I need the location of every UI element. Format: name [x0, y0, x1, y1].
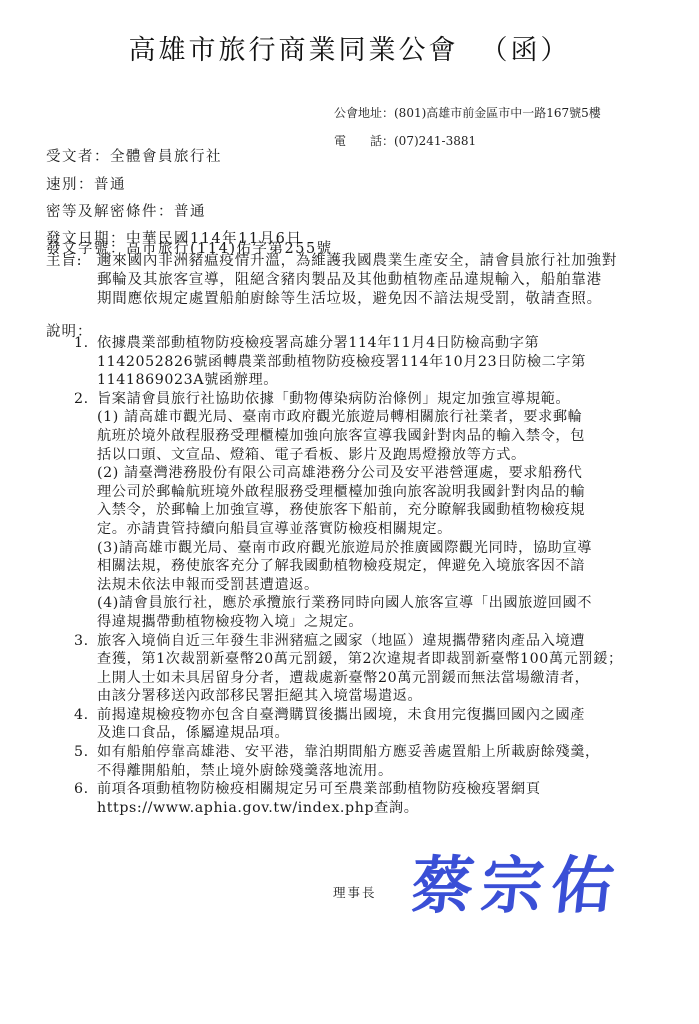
chairman-title: 理事長	[333, 883, 377, 901]
item-line: (3)請高雄市觀光局、臺南市政府觀光旅遊局於推廣國際觀光同時，協助宣導	[97, 539, 694, 558]
association-phone: 電 話：(07)241-3881	[334, 132, 476, 149]
subject-section: 主旨:邇來國內非洲豬瘟疫情升溫，為維護我國農業生產安全，請會員旅行社加強對 郵輪…	[46, 252, 617, 309]
explanation-item: 1. 依據農業部動植物防疫檢疫署高雄分署114年11月4日防檢高動字第 1142…	[74, 334, 694, 390]
item-number: 3.	[74, 632, 97, 706]
item-number: 6.	[74, 780, 97, 817]
item-line: 及進口食品，係屬違規品項。	[97, 724, 694, 743]
organization-name: 高雄市旅行商業同業公會	[129, 35, 459, 66]
item-line: 定。亦請貴管持續向船員宣導並落實防檢疫相關規定。	[97, 520, 694, 539]
item-line: 旨案請會員旅行社協助依據「動物傳染病防治條例」規定加強宣導規範。	[97, 390, 694, 409]
item-line: 不得離開船舶，禁止境外廚餘殘羹落地流用。	[97, 762, 694, 781]
explanation-item: 5. 如有船舶停靠高雄港、安平港，靠泊期間船方應妥善處置船上所載廚餘殘羹， 不得…	[74, 743, 694, 780]
document-type: （函）	[481, 35, 571, 66]
explanation-list: 1. 依據農業部動植物防疫檢疫署高雄分署114年11月4日防檢高動字第 1142…	[74, 334, 694, 817]
item-line: 括以口頭、文宣品、燈箱、電子看板、影片及跑馬燈撥放等方式。	[97, 446, 694, 465]
item-line: 理公司於郵輪航班境外啟程服務受理櫃檯加強向旅客說明我國針對肉品的輸	[97, 483, 694, 502]
item-line: (2) 請臺灣港務股份有限公司高雄港務分公司及安平港營運處，要求船務代	[97, 464, 694, 483]
item-number: 1.	[74, 334, 97, 390]
item-line: 上開人士如未具居留身分者，遭裁處新臺幣20萬元罰鍰而無法當場繳清者，	[97, 669, 694, 688]
item-line: 相關法規，務使旅客充分了解我國動植物檢疫規定，俾避免入境旅客因不諳	[97, 557, 694, 576]
chairman-signature: 蔡宗佑	[407, 836, 626, 925]
subject-line: 期間應依規定處置船舶廚餘等生活垃圾，避免因不諳法規受罰，敬請查照。	[46, 290, 617, 309]
item-line: 入禁令，於郵輪上加強宣導，務使旅客下船前，充分瞭解我國動植物檢疫規	[97, 501, 694, 520]
explanation-item: 4. 前揭違規檢疫物亦包含自臺灣購買後攜出國境，未食用完復攜回國內之國產 及進口…	[74, 706, 694, 743]
subject-line: 邇來國內非洲豬瘟疫情升溫，為維護我國農業生產安全，請會員旅行社加強對	[97, 253, 617, 269]
classification-field: 密等及解密條件：普通	[46, 200, 206, 221]
item-line: 得違規攜帶動植物檢疫物入境」之規定。	[97, 613, 694, 632]
explanation-item: 6. 前項各項動植物防檢疫相關規定另可至農業部動植物防疫檢疫署網頁 https:…	[74, 780, 694, 817]
item-line: (1) 請高雄市觀光局、臺南市政府觀光旅遊局轉相關旅行社業者，要求郵輪	[97, 408, 694, 427]
item-line[interactable]: https://www.aphia.gov.tw/index.php查詢。	[97, 799, 694, 818]
item-line: 依據農業部動植物防疫檢疫署高雄分署114年11月4日防檢高動字第	[97, 334, 694, 353]
subject-line: 郵輪及其旅客宣導，阻絕含豬肉製品及其他動植物產品違規輸入，船舶靠港	[46, 271, 617, 290]
item-line: 1142052826號函轉農業部動植物防疫檢疫署114年10月23日防檢二字第	[97, 353, 694, 372]
item-line: 如有船舶停靠高雄港、安平港，靠泊期間船方應妥善處置船上所載廚餘殘羹，	[97, 743, 694, 762]
speed-field: 速別：普通	[46, 173, 126, 194]
item-number: 4.	[74, 706, 97, 743]
item-line: 由該分署移送內政部移民署拒絕其入境當場遣返。	[97, 687, 694, 706]
item-line: 前揭違規檢疫物亦包含自臺灣購買後攜出國境，未食用完復攜回國內之國產	[97, 706, 694, 725]
item-line: 航班於境外啟程服務受理櫃檯加強向旅客宣導我國針對肉品的輸入禁令，包	[97, 427, 694, 446]
item-line: 1141869023A號函辦理。	[97, 371, 694, 390]
item-line: 查獲，第1次裁罰新臺幣20萬元罰鍰，第2次違規者即裁罰新臺幣100萬元罰鍰；	[97, 650, 694, 669]
item-line: 法規未依法申報而受罰甚遭遣返。	[97, 576, 694, 595]
item-line: 前項各項動植物防檢疫相關規定另可至農業部動植物防疫檢疫署網頁	[97, 780, 694, 799]
item-number: 5.	[74, 743, 97, 780]
association-address: 公會地址：(801)高雄市前金區市中一路167號5樓	[334, 104, 601, 121]
item-line: 旅客入境倘自近三年發生非洲豬瘟之國家（地區）違規攜帶豬肉產品入境遭	[97, 632, 694, 651]
subject-label: 主旨:	[46, 252, 97, 271]
explanation-item: 3. 旅客入境倘自近三年發生非洲豬瘟之國家（地區）違規攜帶豬肉產品入境遭 查獲，…	[74, 632, 694, 706]
recipient-field: 受文者：全體會員旅行社	[46, 145, 222, 166]
item-line: (4)請會員旅行社，應於承攬旅行業務同時向國人旅客宣導「出國旅遊回國不	[97, 594, 694, 613]
item-number: 2.	[74, 390, 97, 632]
explanation-item: 2. 旨案請會員旅行社協助依據「動物傳染病防治條例」規定加強宣導規範。 (1) …	[74, 390, 694, 632]
document-title: 高雄市旅行商業同業公會（函）	[0, 28, 699, 67]
